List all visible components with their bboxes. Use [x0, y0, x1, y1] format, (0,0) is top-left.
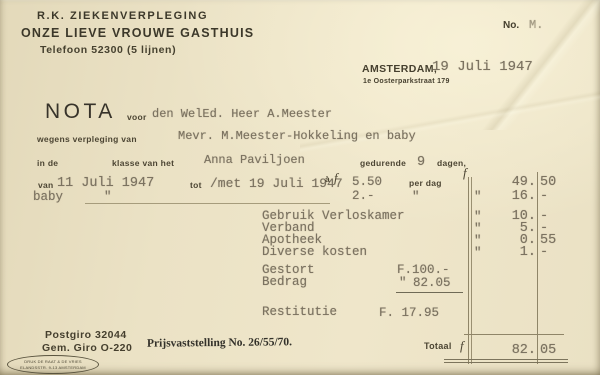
amount-column-rule-left-1 — [468, 177, 469, 364]
totaal-double-underline-1 — [444, 359, 568, 360]
dagen-label: dagen, — [437, 158, 466, 168]
amount-cents: 50 — [540, 175, 556, 190]
printer-mark: DRUK DE RAAT & DE VRIES ELANDSSTR. 9-13 … — [7, 355, 99, 374]
klasse-label: klasse van het — [112, 158, 174, 168]
tot-value: /met 19 Juli 1947 — [210, 176, 343, 191]
amount-row: 49. 50 — [480, 175, 600, 189]
wegens-value: Mevr. M.Meester-Hokkeling en baby — [178, 129, 416, 143]
invoice-date: 19 Juli 1947 — [432, 59, 533, 75]
restitutie-label: Restitutie — [262, 305, 337, 319]
amount-cents: - — [540, 189, 548, 204]
van-value: 11 Juli 1947 — [57, 176, 154, 191]
city-label: AMSTERDAM, — [362, 63, 437, 75]
baby-ditto-2: " — [412, 190, 420, 204]
amount-guilders: 49. — [512, 175, 536, 190]
amount-guilders: 16. — [512, 189, 536, 204]
totaal-guilders: 82. — [512, 343, 536, 358]
florin-totaal-icon: f — [460, 338, 464, 354]
van-label: van — [38, 180, 54, 190]
bedrag-value: 82.05 — [413, 276, 451, 290]
amount-cents: - — [540, 245, 548, 260]
voor-label: voor — [127, 112, 147, 122]
amount-guilders: 1. — [520, 245, 536, 260]
inde-label: in de — [37, 158, 58, 168]
totaal-amount: 82. 05 — [480, 343, 600, 357]
org-name-line2: ONZE LIEVE VROUWE GASTHUIS — [21, 26, 254, 40]
florin-rate-icon: f — [334, 170, 338, 186]
nota-title: NOTA — [45, 100, 116, 124]
bedrag-ditto: " — [399, 276, 407, 290]
printer-mark-line2: ELANDSSTR. 9-13 AMSTERDAM — [20, 365, 86, 370]
a-label: à — [325, 174, 330, 184]
totaal-cents: 05 — [540, 343, 556, 358]
invoice-number-label: No. — [503, 20, 519, 31]
per-dag-label: per dag — [409, 178, 442, 188]
gedurende-label: gedurende — [360, 158, 406, 168]
charge-ditto: " — [474, 246, 482, 260]
totaal-double-underline-2 — [444, 362, 568, 363]
baby-row-rule — [85, 203, 330, 204]
amount-row: 16. - — [480, 189, 600, 203]
charge-label: Diverse kosten — [262, 245, 367, 259]
postgiro: Postgiro 32044 — [45, 329, 127, 341]
totaal-label: Totaal — [424, 341, 452, 351]
tot-label: tot — [190, 180, 202, 190]
amount-column-rule-left-2 — [471, 177, 472, 364]
dagen-value: 9 — [417, 155, 425, 170]
baby-rate-value: 2.- — [352, 189, 375, 203]
wegens-label: wegens verpleging van — [37, 134, 137, 144]
org-address: 1e Oosterparkstraat 179 — [363, 78, 450, 85]
voor-value: den WelEd. Heer A.Meester — [152, 107, 332, 121]
org-phone: Telefoon 52300 (5 lijnen) — [40, 44, 176, 56]
gestort-value: F.100.- — [397, 263, 450, 277]
bedrag-label: Bedrag — [262, 275, 307, 289]
amount-row: 1. - — [480, 245, 600, 259]
rate-value: 5.50 — [352, 175, 382, 189]
florin-column-header-icon: f — [463, 165, 467, 181]
prijsvaststelling-stamp: Prijsvaststelling No. 26/55/70. — [147, 336, 292, 350]
klasse-value: Anna Paviljoen — [204, 153, 305, 167]
invoice-number-value: M. — [529, 18, 543, 32]
bedrag-underline — [396, 292, 463, 293]
totaal-top-rule — [464, 334, 564, 335]
gem-giro: Gem. Giro O-220 — [42, 342, 132, 354]
invoice-document: R.K. ZIEKENVERPLEGING ONZE LIEVE VROUWE … — [0, 0, 600, 375]
baby-ditto-1: " — [104, 190, 112, 204]
restitutie-value: F. 17.95 — [379, 306, 439, 320]
baby-label: baby — [33, 190, 63, 204]
org-name-line1: R.K. ZIEKENVERPLEGING — [37, 10, 208, 22]
